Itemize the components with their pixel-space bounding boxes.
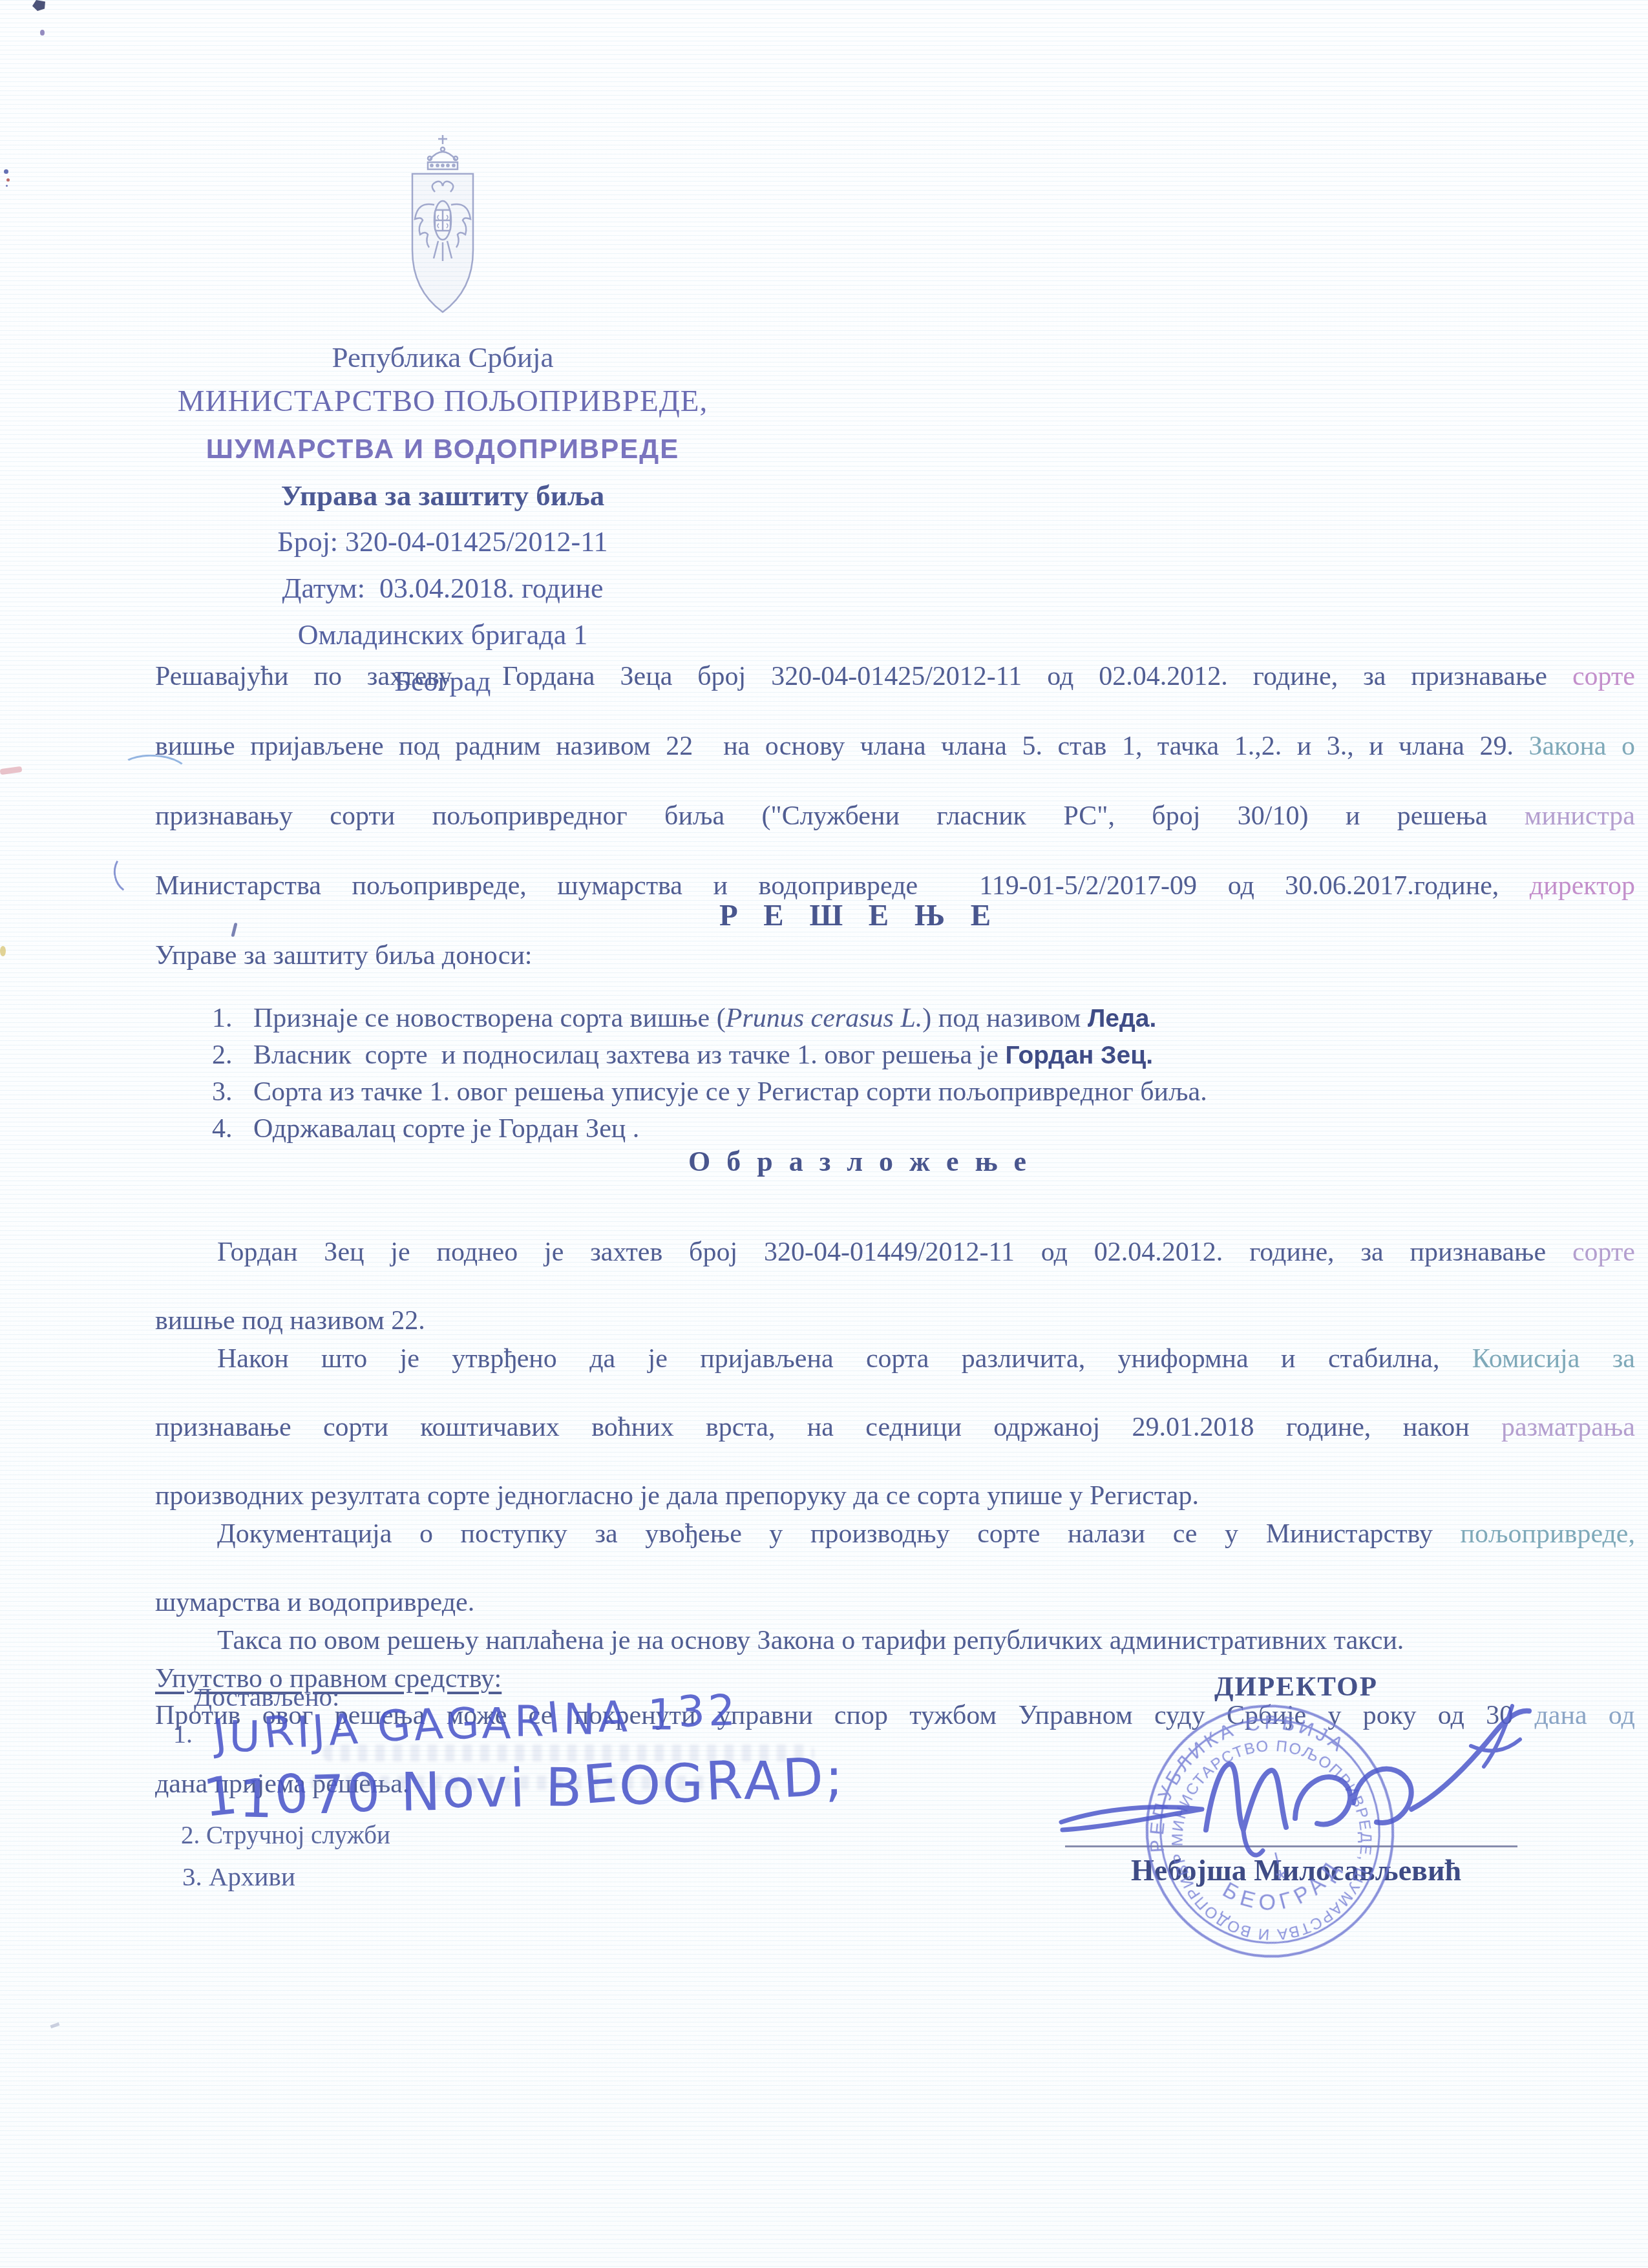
delivered-item-3: 3. Архиви — [182, 1861, 295, 1892]
scanned-document-page: Република Србија МИНИСТАРСТВО ПОЉОПРИВРЕ… — [0, 0, 1648, 2268]
intro-text: вишње пријављене под радним називом 22 н… — [155, 731, 1514, 761]
scan-artifact-yellow-dot — [0, 946, 6, 956]
letterhead-country: Република Србија — [162, 339, 724, 376]
intro-line: вишње пријављене под радним називом 22 н… — [155, 729, 1635, 799]
letterhead-department: Управа за заштиту биља — [162, 477, 724, 514]
serbia-coat-of-arms-icon — [394, 132, 491, 321]
item-number: 1. — [212, 1000, 253, 1037]
body-line: Гордан Зец је поднео је захтев број 320-… — [155, 1235, 1635, 1304]
handwritten-signature-icon — [1052, 1668, 1543, 1888]
item-text: Сорта из тачке 1. овог решења уписује се… — [253, 1074, 1207, 1111]
explanation-paragraph-2: Након што је утврђено да је пријављена с… — [155, 1342, 1635, 1513]
body-text-faded: разматрања — [1470, 1412, 1635, 1442]
item-text: Признаје се новостворена сорта вишње (Pr… — [253, 1000, 1156, 1037]
decision-item-3: 3. Сорта из тачке 1. овог решења уписује… — [155, 1074, 1635, 1111]
latin-species-name: Prunus cerasus L. — [726, 1003, 923, 1033]
body-line: признавање сорти коштичавих воћних врста… — [155, 1411, 1635, 1479]
body-line: вишње под називом 22. — [155, 1304, 1635, 1338]
owner-name: Гордан Зец. — [1005, 1042, 1153, 1069]
letterhead-date: Датум: 03.04.2018. године — [162, 570, 724, 607]
body-text: вишње под називом 22. — [155, 1306, 425, 1336]
pen-arc-mark — [110, 848, 155, 898]
delivered-item-2: 2. Стручној служби — [181, 1821, 390, 1850]
scan-artifact-red-mark — [0, 766, 22, 775]
intro-text-faded: Закона о — [1514, 731, 1635, 761]
item-text-post: ) под називом — [922, 1003, 1088, 1033]
item-number: 2. — [212, 1037, 253, 1074]
decision-item-1: 1. Признаје се новостворена сорта вишње … — [155, 1000, 1635, 1037]
intro-text-faded: министра — [1487, 801, 1635, 831]
explanation-heading: О б р а з л о ж е њ е — [155, 1145, 1564, 1178]
body-text: Документација о поступку за увођење у пр… — [217, 1519, 1433, 1549]
variety-name: Леда. — [1088, 1005, 1156, 1033]
intro-text: Министарства пољопривреде, шумарства и в… — [155, 871, 1499, 901]
letterhead-address: Омладинских бригада 1 — [162, 616, 724, 654]
intro-line: признавању сорти пољопривредног биља ("С… — [155, 799, 1635, 868]
body-text: шумарства и водопривреде. — [155, 1588, 474, 1617]
scan-artifact-speck — [40, 30, 45, 36]
intro-text: Решавајући по захтеву Гордана Зеца број … — [155, 662, 1547, 691]
scan-artifact-speck — [4, 169, 8, 174]
item-number: 4. — [212, 1111, 253, 1148]
intro-text: признавању сорти пољопривредног биља ("С… — [155, 801, 1487, 831]
scan-artifact-dash — [50, 2022, 60, 2028]
intro-text-faded: директор — [1499, 871, 1635, 901]
intro-line: Решавајући по захтеву Гордана Зеца број … — [155, 659, 1635, 729]
scan-artifact-blob — [32, 0, 45, 11]
letterhead: Република Србија МИНИСТАРСТВО ПОЉОПРИВРЕ… — [162, 132, 724, 700]
letterhead-ministry-2: ШУМАРСТВА И ВОДОПРИВРЕДЕ — [162, 430, 724, 468]
item-text-pre: Власник сорте и подносилац захтева из та… — [253, 1040, 1005, 1070]
delivered-item-1-number: 1. — [173, 1719, 193, 1749]
letterhead-case-number: Број: 320-04-01425/2012-11 — [162, 523, 724, 561]
decision-item-4: 4. Одржавалац сорте је Гордан Зец . — [155, 1111, 1635, 1148]
letterhead-ministry-1: МИНИСТАРСТВО ПОЉОПРИВРЕДЕ, — [162, 383, 724, 420]
body-line: производних резултата сорте једногласно … — [155, 1479, 1635, 1513]
item-text: Одржавалац сорте је Гордан Зец . — [253, 1111, 639, 1148]
explanation-paragraph-1: Гордан Зец је поднео је захтев број 320-… — [155, 1235, 1635, 1338]
intro-text-faded: сорте — [1547, 662, 1635, 691]
body-text-faded: пољопривреде, — [1433, 1519, 1635, 1549]
decision-heading: Р Е Ш Е Њ Е — [155, 898, 1564, 933]
item-text-pre: Признаје се новостворена сорта вишње ( — [253, 1003, 726, 1033]
decision-item-2: 2. Власник сорте и подносилац захтева из… — [155, 1037, 1635, 1074]
body-text: Гордан Зец је поднео је захтев број 320-… — [217, 1237, 1546, 1267]
intro-line: Управе за заштиту биља доноси: — [155, 938, 1635, 973]
intro-text: Управе за заштиту биља доноси: — [155, 941, 533, 971]
body-text: признавање сорти коштичавих воћних врста… — [155, 1412, 1470, 1442]
explanation-paragraph-4: Такса по овом решењу наплаћена је на осн… — [155, 1624, 1635, 1658]
body-text: Такса по овом решењу наплаћена је на осн… — [217, 1626, 1404, 1655]
body-text: производних резултата сорте једногласно … — [155, 1481, 1199, 1511]
body-text-faded: сорте — [1546, 1237, 1635, 1267]
item-number: 3. — [212, 1074, 253, 1111]
body-line: шумарства и водопривреде. — [155, 1586, 1635, 1620]
decision-list: 1. Признаје се новостворена сорта вишње … — [155, 1000, 1635, 1148]
body-line: Документација о поступку за увођење у пр… — [155, 1517, 1635, 1586]
body-text-faded: Комисија за — [1439, 1344, 1635, 1374]
explanation-paragraph-3: Документација о поступку за увођење у пр… — [155, 1517, 1635, 1620]
body-line: Након што је утврђено да је пријављена с… — [155, 1342, 1635, 1411]
item-text: Власник сорте и подносилац захтева из та… — [253, 1037, 1153, 1074]
body-text: Након што је утврђено да је пријављена с… — [217, 1344, 1439, 1374]
